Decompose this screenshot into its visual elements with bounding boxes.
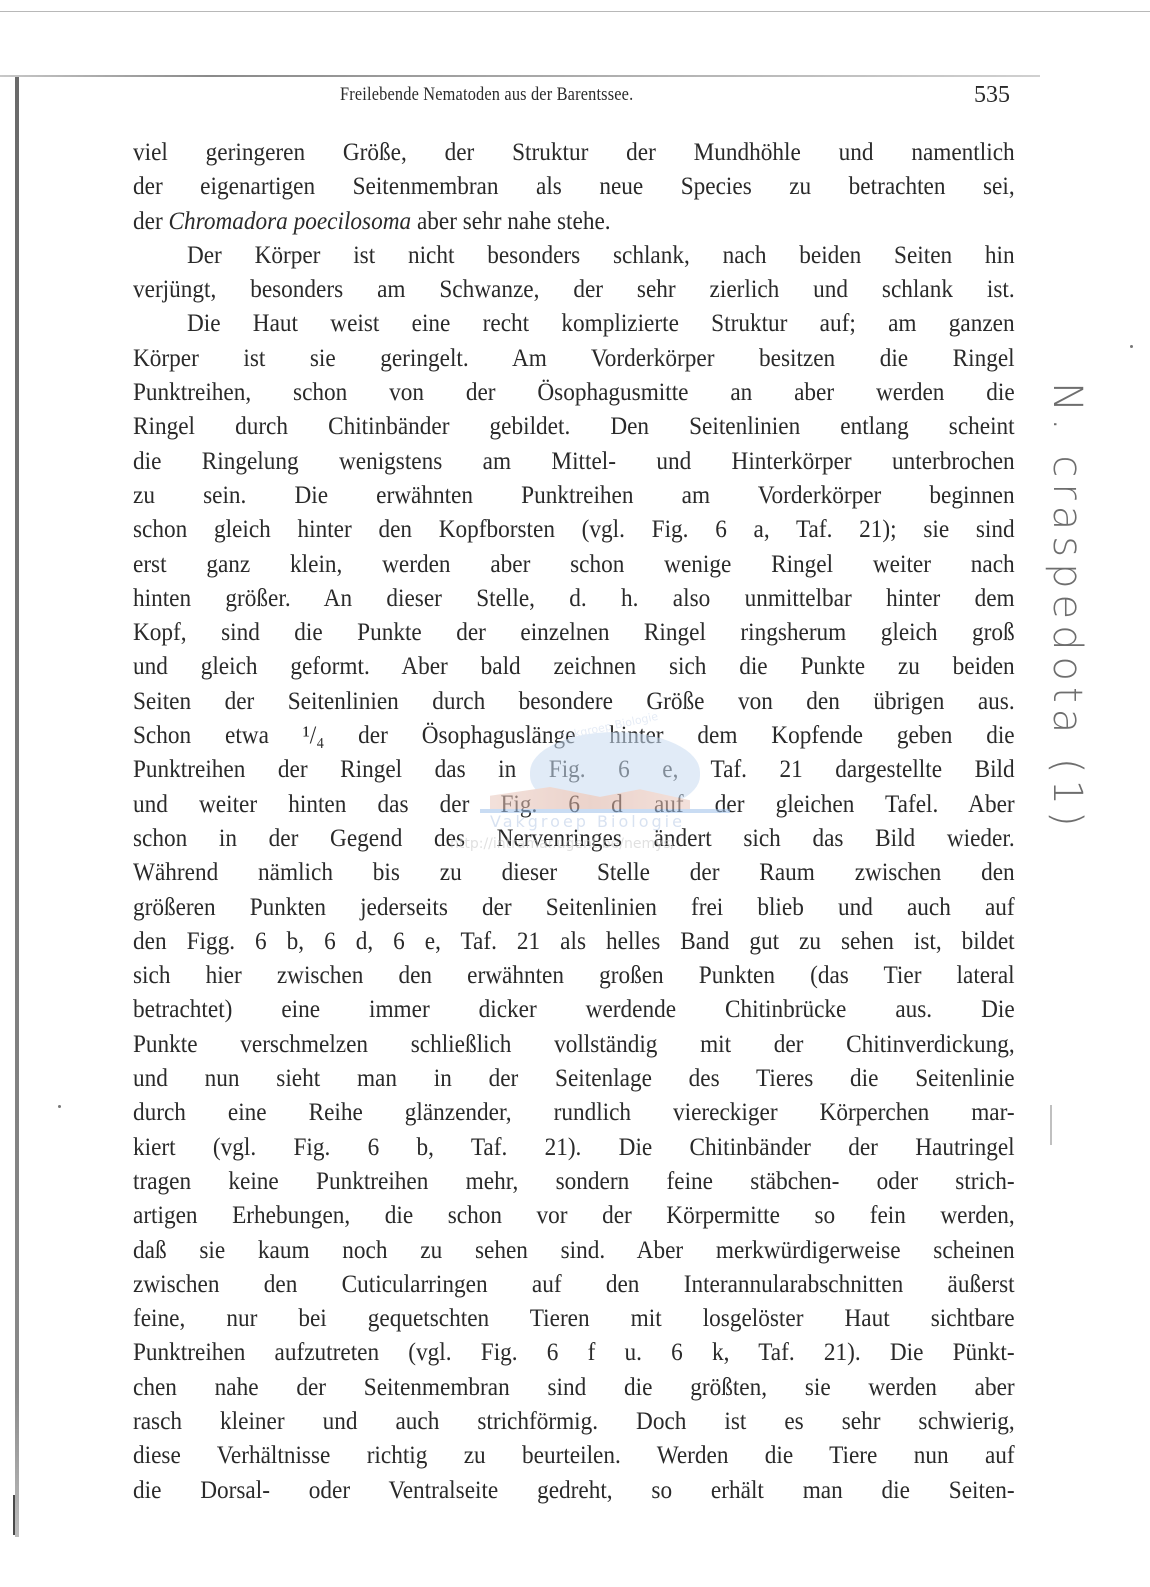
text-line: und nun sieht man in der Seitenlage des … [133, 1062, 1015, 1096]
text-line: zwischen den Cuticularringen auf den Int… [133, 1268, 1015, 1302]
text-line: tragen keine Punktreihen mehr, sondern f… [133, 1165, 1015, 1199]
text-line: artigen Erhebungen, die schon vor der Kö… [133, 1199, 1015, 1233]
margin-note-text: N. craspedota (1) [1044, 382, 1090, 833]
text-line: zu sein. Die erwähnten Punktreihen am Vo… [133, 479, 1015, 513]
text-line: Seiten der Seitenlinien durch besondere … [133, 685, 1015, 719]
text-line: die Ringelung wenigstens am Mittel- und … [133, 445, 1015, 479]
body-text: viel geringeren Größe, der Struktur der … [133, 136, 1015, 1508]
text-line: daß sie kaum noch zu sehen sind. Aber me… [133, 1234, 1015, 1268]
text-line: Kopf, sind die Punkte der einzelnen Ring… [133, 616, 1015, 650]
species-name: Chromadora poecilosoma [168, 208, 411, 235]
text-line: Der Körper ist nicht besonders schlank, … [133, 239, 1015, 273]
page-left-edge-tail [13, 1495, 15, 1535]
text-fragment: der [133, 208, 168, 235]
text-line: größeren Punkten jederseits der Seitenli… [133, 891, 1015, 925]
text-line: kiert (vgl. Fig. 6 b, Taf. 21). Die Chit… [133, 1131, 1015, 1165]
handwritten-margin-note: N. craspedota (1) [1040, 382, 1100, 752]
text-line: Punktreihen der Ringel das in Fig. 6 e, … [133, 753, 1015, 787]
running-title: Freilebende Nematoden aus der Barentssee… [340, 84, 633, 106]
text-line: sich hier zwischen den erwähnten großen … [133, 959, 1015, 993]
text-line: Punktreihen aufzutreten (vgl. Fig. 6 f u… [133, 1336, 1015, 1370]
page-top-edge [0, 75, 1040, 77]
text-line: Die Haut weist eine recht komplizierte S… [133, 307, 1015, 341]
scan-speck [58, 1105, 61, 1108]
text-line: chen nahe der Seitenmembran sind die grö… [133, 1371, 1015, 1405]
text-fragment: aber sehr nahe stehe. [411, 208, 610, 235]
text-line: erst ganz klein, werden aber schon wenig… [133, 548, 1015, 582]
text-line: der eigenartigen Seitenmembran als neue … [133, 170, 1015, 204]
text-line: feine, nur bei gequetschten Tieren mit l… [133, 1302, 1015, 1336]
text-line: schon in der Gegend des Nervenringes änd… [133, 822, 1015, 856]
text-line: Schon etwa ¹/₄ der Ösophaguslänge hinter… [133, 719, 1015, 753]
text-line: der Chromadora poecilosoma aber sehr nah… [133, 205, 1015, 239]
text-line: die Dorsal- oder Ventralseite gedreht, s… [133, 1474, 1015, 1508]
text-line: Ringel durch Chitinbänder gebildet. Den … [133, 410, 1015, 444]
text-line: und gleich geformt. Aber bald zeichnen s… [133, 650, 1015, 684]
scan-speck [1130, 345, 1133, 348]
page-left-edge [15, 77, 19, 1537]
text-line: und weiter hinten das der Fig. 6 d auf d… [133, 788, 1015, 822]
margin-mark [1050, 1105, 1052, 1145]
text-line: verjüngt, besonders am Schwanze, der seh… [133, 273, 1015, 307]
text-line: schon gleich hinter den Kopfborsten (vgl… [133, 513, 1015, 547]
text-line: Punkte verschmelzen schließlich vollstän… [133, 1028, 1015, 1062]
text-line: den Figg. 6 b, 6 d, 6 e, Taf. 21 als hel… [133, 925, 1015, 959]
text-line: Während nämlich bis zu dieser Stelle der… [133, 856, 1015, 890]
page-number: 535 [974, 82, 1010, 109]
scan-border-top [0, 11, 1150, 12]
text-line: diese Verhältnisse richtig zu beurteilen… [133, 1439, 1015, 1473]
text-line: betrachtet) eine immer dicker werdende C… [133, 993, 1015, 1027]
text-line: hinten größer. An dieser Stelle, d. h. a… [133, 582, 1015, 616]
text-line: durch eine Reihe glänzender, rundlich vi… [133, 1096, 1015, 1130]
text-line: Körper ist sie geringelt. Am Vorderkörpe… [133, 342, 1015, 376]
text-line: Punktreihen, schon von der Ösophagusmitt… [133, 376, 1015, 410]
text-line: rasch kleiner und auch strichförmig. Doc… [133, 1405, 1015, 1439]
text-line: viel geringeren Größe, der Struktur der … [133, 136, 1015, 170]
running-head: Freilebende Nematoden aus der Barentssee… [130, 82, 1010, 112]
